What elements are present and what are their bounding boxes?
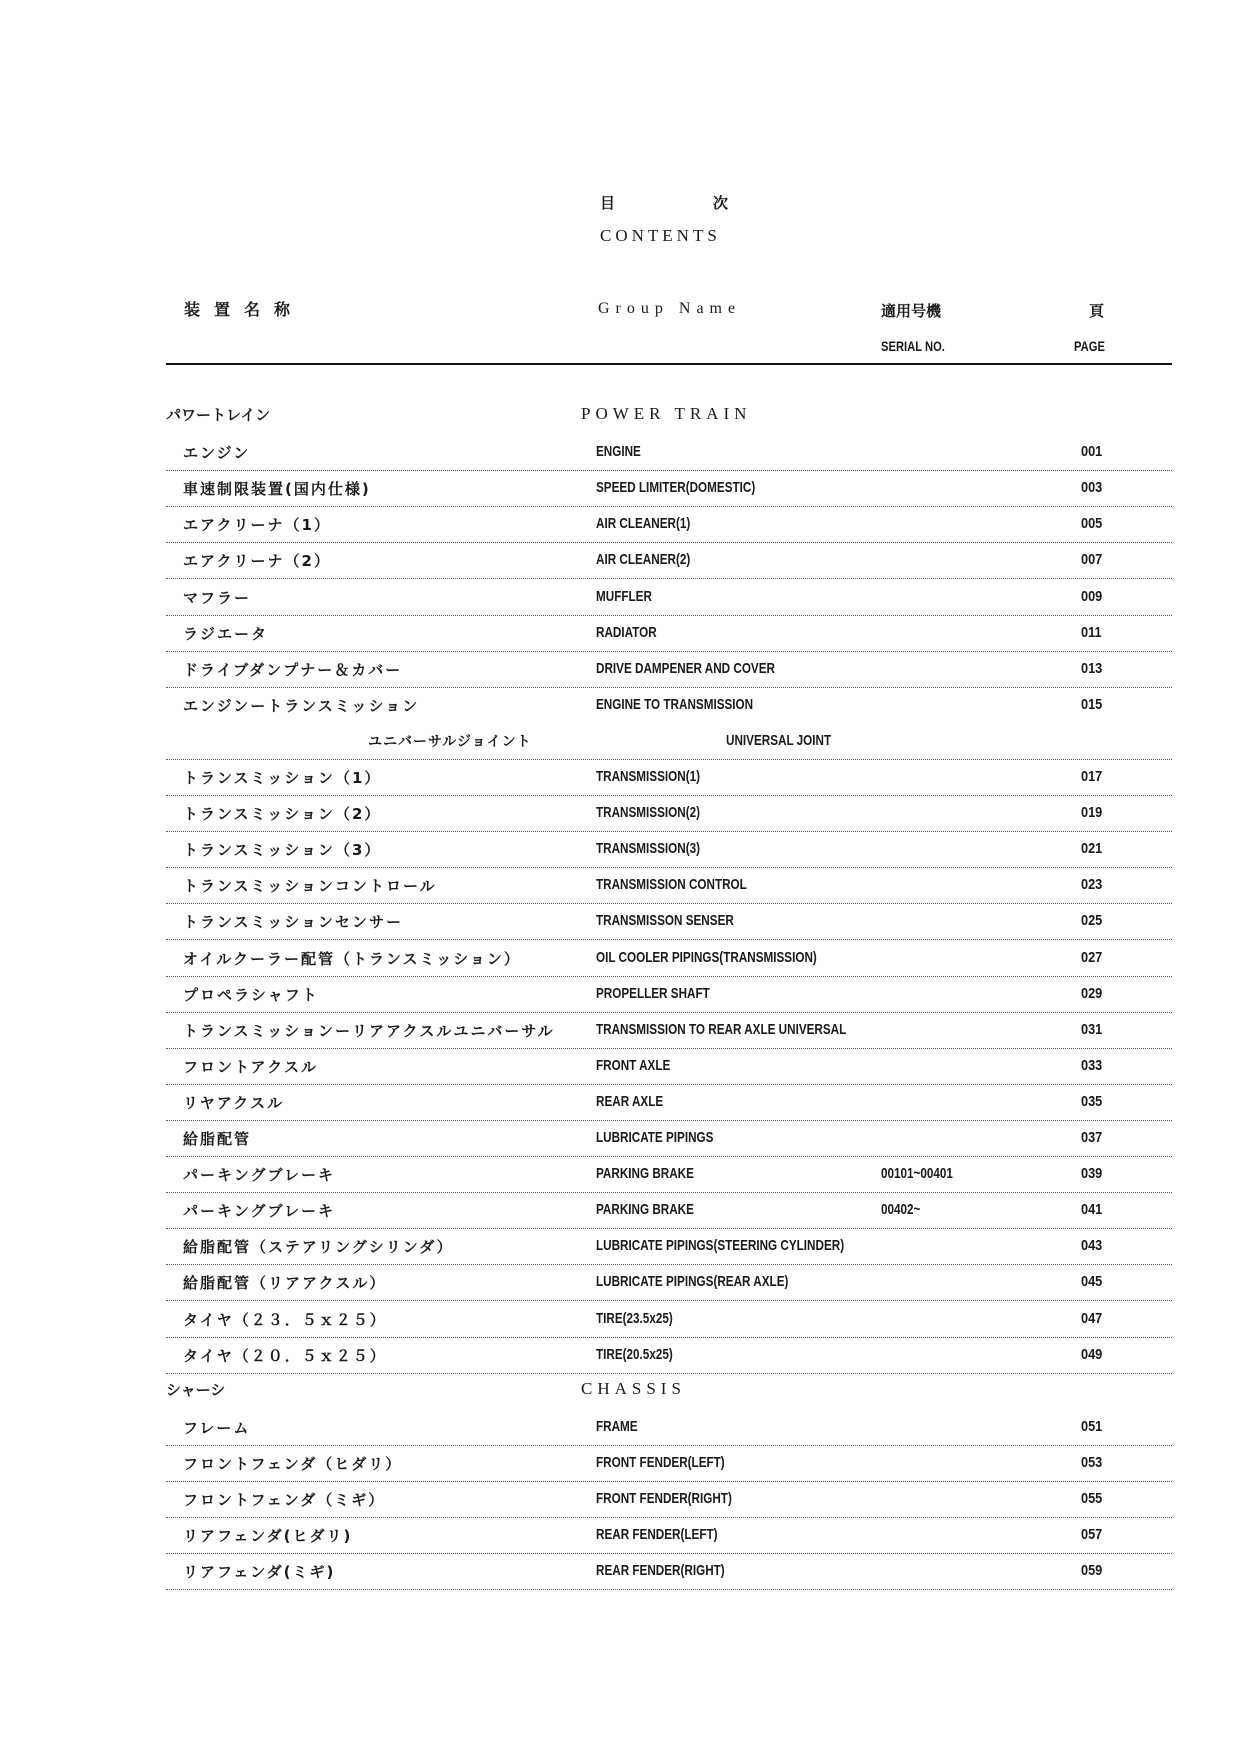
entry-page[interactable]: 051 — [1081, 1418, 1102, 1435]
entry-name-en: LUBRICATE PIPINGS(STEERING CYLINDER) — [596, 1237, 844, 1254]
toc-entry[interactable]: トランスミッションーリアアクスルユニバーサルTRANSMISSION TO RE… — [166, 1012, 1172, 1049]
entry-name-jp: リアフェンダ(ヒダリ) — [183, 1525, 352, 1546]
entry-name-jp: プロペラシャフト — [183, 984, 319, 1005]
header-rule — [166, 363, 1172, 365]
toc-entry[interactable]: パーキングブレーキPARKING BRAKE00101~00401039 — [166, 1156, 1172, 1193]
entry-name-en: PROPELLER SHAFT — [596, 985, 710, 1002]
toc-entry[interactable]: 車速制限装置(国内仕様)SPEED LIMITER(DOMESTIC)003 — [166, 470, 1172, 507]
toc-entry[interactable]: リアフェンダ(ヒダリ)REAR FENDER(LEFT)057 — [166, 1517, 1172, 1554]
entry-name-en: TIRE(23.5x25) — [596, 1310, 673, 1327]
entry-continuation-en: UNIVERSAL JOINT — [726, 732, 831, 749]
entry-name-en: OIL COOLER PIPINGS(TRANSMISSION) — [596, 949, 817, 966]
toc-entry[interactable]: トランスミッションセンサーTRANSMISSON SENSER025 — [166, 903, 1172, 940]
toc-entry[interactable]: オイルクーラー配管（トランスミッション）OIL COOLER PIPINGS(T… — [166, 940, 1172, 977]
entry-page[interactable]: 011 — [1081, 624, 1102, 641]
entry-name-jp: 給脂配管 — [183, 1128, 251, 1149]
entry-name-jp: トランスミッションコントロール — [183, 875, 437, 896]
entry-page[interactable]: 049 — [1081, 1346, 1102, 1363]
entry-name-en: REAR AXLE — [596, 1093, 663, 1110]
section-heading: シャーシCHASSIS — [166, 1373, 1172, 1409]
entry-name-jp: フレーム — [183, 1417, 250, 1438]
toc-entry[interactable]: パーキングブレーキPARKING BRAKE00402~041 — [166, 1192, 1172, 1229]
entry-name-jp: リヤアクスル — [183, 1092, 284, 1113]
toc-entry[interactable]: エアクリーナ（1）AIR CLEANER(1)005 — [166, 506, 1172, 543]
entry-name-jp: ラジエータ — [183, 623, 268, 644]
toc-entry[interactable]: 給脂配管（ステアリングシリンダ）LUBRICATE PIPINGS(STEERI… — [166, 1228, 1172, 1265]
entry-name-jp: エンジン — [183, 442, 250, 463]
entry-name-en: TRANSMISSION(3) — [596, 840, 700, 857]
entry-name-jp: エンジンートランスミッション — [183, 695, 419, 716]
entry-name-jp: 給脂配管（リアアクスル） — [183, 1272, 386, 1293]
entry-name-en: FRAME — [596, 1418, 638, 1435]
entry-name-en: TRANSMISSION CONTROL — [596, 876, 747, 893]
toc-entry-continuation: ユニバーサルジョイントUNIVERSAL JOINT — [166, 723, 1172, 760]
entry-page[interactable]: 023 — [1081, 876, 1102, 893]
entry-name-en: AIR CLEANER(1) — [596, 515, 690, 532]
entry-name-en: TRANSMISSION TO REAR AXLE UNIVERSAL — [596, 1021, 846, 1038]
toc-entry[interactable]: マフラーMUFFLER009 — [166, 579, 1172, 616]
entry-name-en: DRIVE DAMPENER AND COVER — [596, 660, 775, 677]
toc-entry[interactable]: フロントアクスルFRONT AXLE033 — [166, 1048, 1172, 1085]
column-header-page-en: PAGE — [1074, 338, 1105, 354]
entry-name-jp: オイルクーラー配管（トランスミッション） — [183, 948, 521, 969]
entry-name-jp: エアクリーナ（1） — [183, 514, 331, 535]
section-heading: パワートレインPOWER TRAIN — [166, 398, 1172, 434]
entry-name-en: REAR FENDER(LEFT) — [596, 1526, 718, 1543]
page-title: CONTENTS — [600, 226, 721, 246]
entry-page[interactable]: 001 — [1081, 443, 1102, 460]
entry-name-jp: リアフェンダ(ミギ) — [183, 1561, 335, 1582]
entry-name-jp: タイヤ（２０．５ｘ２５） — [183, 1345, 387, 1366]
section-title-jp: シャーシ — [166, 1379, 225, 1400]
entry-name-en: SPEED LIMITER(DOMESTIC) — [596, 479, 755, 496]
entry-page[interactable]: 059 — [1081, 1562, 1102, 1579]
title-jp: 目次 — [600, 192, 728, 213]
entry-page[interactable]: 025 — [1081, 912, 1102, 929]
entry-name-jp: トランスミッションセンサー — [183, 911, 403, 932]
entry-name-en: FRONT FENDER(LEFT) — [596, 1454, 725, 1471]
entry-page[interactable]: 047 — [1081, 1310, 1102, 1327]
entry-page[interactable]: 045 — [1081, 1273, 1102, 1290]
entry-name-en: LUBRICATE PIPINGS — [596, 1129, 713, 1146]
toc-entry[interactable]: タイヤ（２３．５ｘ２５）TIRE(23.5x25)047 — [166, 1301, 1172, 1338]
section-title-en: CHASSIS — [581, 1379, 686, 1399]
entry-name-en: REAR FENDER(RIGHT) — [596, 1562, 725, 1579]
entry-page[interactable]: 041 — [1081, 1201, 1102, 1218]
entry-serial: 00101~00401 — [881, 1165, 953, 1182]
toc-entry[interactable]: リアフェンダ(ミギ)REAR FENDER(RIGHT)059 — [166, 1553, 1172, 1590]
entry-page[interactable]: 033 — [1081, 1057, 1102, 1074]
entry-name-jp: 車速制限装置(国内仕様) — [183, 478, 371, 499]
toc-entry[interactable]: ラジエータRADIATOR011 — [166, 615, 1172, 652]
toc-entry[interactable]: フレームFRAME051 — [166, 1409, 1172, 1446]
title-jp-char-2: 次 — [713, 192, 728, 213]
entry-name-jp: フロントアクスル — [183, 1056, 318, 1077]
entry-name-en: LUBRICATE PIPINGS(REAR AXLE) — [596, 1273, 788, 1290]
column-header-serial-en: SERIAL NO. — [881, 338, 945, 354]
entry-name-jp: トランスミッション（3） — [183, 839, 381, 860]
toc-entry[interactable]: リヤアクスルREAR AXLE035 — [166, 1084, 1172, 1121]
entry-name-en: PARKING BRAKE — [596, 1201, 694, 1218]
entry-name-en: TRANSMISSION(2) — [596, 804, 700, 821]
entry-name-en: AIR CLEANER(2) — [596, 551, 690, 568]
entry-name-jp: トランスミッション（2） — [183, 803, 381, 824]
entry-name-jp: トランスミッションーリアアクスルユニバーサル — [183, 1020, 555, 1041]
section-title-en: POWER TRAIN — [581, 404, 751, 424]
entry-name-jp: エアクリーナ（2） — [183, 550, 331, 571]
entry-page[interactable]: 015 — [1081, 696, 1102, 713]
toc-entry[interactable]: エアクリーナ（2）AIR CLEANER(2)007 — [166, 542, 1172, 579]
entry-page[interactable]: 019 — [1081, 804, 1102, 821]
toc-entry[interactable]: トランスミッション（3）TRANSMISSION(3)021 — [166, 831, 1172, 868]
entry-name-en: ENGINE — [596, 443, 641, 460]
entry-name-en: RADIATOR — [596, 624, 657, 641]
entry-page[interactable]: 039 — [1081, 1165, 1102, 1182]
column-header-group-name: Group Name — [598, 300, 741, 318]
entry-name-jp: フロントフェンダ（ヒダリ） — [183, 1453, 402, 1474]
entry-page[interactable]: 029 — [1081, 985, 1102, 1002]
entry-name-jp: 給脂配管（ステアリングシリンダ） — [183, 1236, 454, 1257]
entry-name-en: TRANSMISSION(1) — [596, 768, 700, 785]
toc-entry[interactable]: ドライブダンプナー＆カバーDRIVE DAMPENER AND COVER013 — [166, 651, 1172, 688]
toc-entry[interactable]: トランスミッション（2）TRANSMISSION(2)019 — [166, 795, 1172, 832]
entry-page[interactable]: 013 — [1081, 660, 1102, 677]
entry-name-jp: パーキングブレーキ — [183, 1200, 335, 1221]
toc-entry[interactable]: 給脂配管（リアアクスル）LUBRICATE PIPINGS(REAR AXLE)… — [166, 1264, 1172, 1301]
entry-page[interactable]: 021 — [1081, 840, 1102, 857]
column-header-name-jp: 装置名称 — [184, 297, 304, 320]
toc-entry[interactable]: エンジンートランスミッションENGINE TO TRANSMISSION015 — [166, 687, 1172, 723]
entry-name-jp: パーキングブレーキ — [183, 1164, 335, 1185]
entry-page[interactable]: 027 — [1081, 949, 1102, 966]
entry-continuation-jp: ユニバーサルジョイント — [368, 731, 532, 751]
entry-page[interactable]: 037 — [1081, 1129, 1102, 1146]
entry-name-en: MUFFLER — [596, 588, 652, 605]
entry-page[interactable]: 031 — [1081, 1021, 1102, 1038]
toc-entry[interactable]: プロペラシャフトPROPELLER SHAFT029 — [166, 976, 1172, 1013]
entry-name-en: FRONT AXLE — [596, 1057, 670, 1074]
entry-name-jp: マフラー — [183, 587, 251, 608]
toc-entry[interactable]: フロントフェンダ（ミギ）FRONT FENDER(RIGHT)055 — [166, 1481, 1172, 1518]
column-header-page-jp: 頁 — [1089, 300, 1104, 321]
entry-name-en: ENGINE TO TRANSMISSION — [596, 696, 753, 713]
entry-page[interactable]: 017 — [1081, 768, 1102, 785]
entry-name-en: FRONT FENDER(RIGHT) — [596, 1490, 732, 1507]
entry-page[interactable]: 007 — [1081, 551, 1102, 568]
toc-entry[interactable]: トランスミッション（1）TRANSMISSION(1)017 — [166, 759, 1172, 796]
toc-entry[interactable]: 給脂配管LUBRICATE PIPINGS037 — [166, 1120, 1172, 1157]
entry-page[interactable]: 057 — [1081, 1526, 1102, 1543]
entry-page[interactable]: 043 — [1081, 1237, 1102, 1254]
entry-page[interactable]: 003 — [1081, 479, 1102, 496]
entry-name-en: TRANSMISSON SENSER — [596, 912, 734, 929]
column-header-serial-jp: 適用号機 — [881, 300, 941, 321]
entry-serial: 00402~ — [881, 1201, 920, 1218]
entry-name-jp: トランスミッション（1） — [183, 767, 381, 788]
entry-name-jp: ドライブダンプナー＆カバー — [183, 659, 402, 680]
toc-entry[interactable]: トランスミッションコントロールTRANSMISSION CONTROL023 — [166, 867, 1172, 904]
entry-name-jp: タイヤ（２３．５ｘ２５） — [183, 1309, 387, 1330]
entry-page[interactable]: 053 — [1081, 1454, 1102, 1471]
toc-entry[interactable]: エンジンENGINE001 — [166, 434, 1172, 471]
entry-name-en: PARKING BRAKE — [596, 1165, 694, 1182]
entry-page[interactable]: 009 — [1081, 588, 1102, 605]
entry-page[interactable]: 035 — [1081, 1093, 1102, 1110]
entry-name-en: TIRE(20.5x25) — [596, 1346, 673, 1363]
entry-name-jp: フロントフェンダ（ミギ） — [183, 1489, 385, 1510]
entry-page[interactable]: 055 — [1081, 1490, 1102, 1507]
title-jp-char-1: 目 — [600, 192, 615, 213]
toc-entry[interactable]: タイヤ（２０．５ｘ２５）TIRE(20.5x25)049 — [166, 1337, 1172, 1374]
entry-page[interactable]: 005 — [1081, 515, 1102, 532]
toc-entry[interactable]: フロントフェンダ（ヒダリ）FRONT FENDER(LEFT)053 — [166, 1445, 1172, 1482]
section-title-jp: パワートレイン — [166, 404, 270, 425]
